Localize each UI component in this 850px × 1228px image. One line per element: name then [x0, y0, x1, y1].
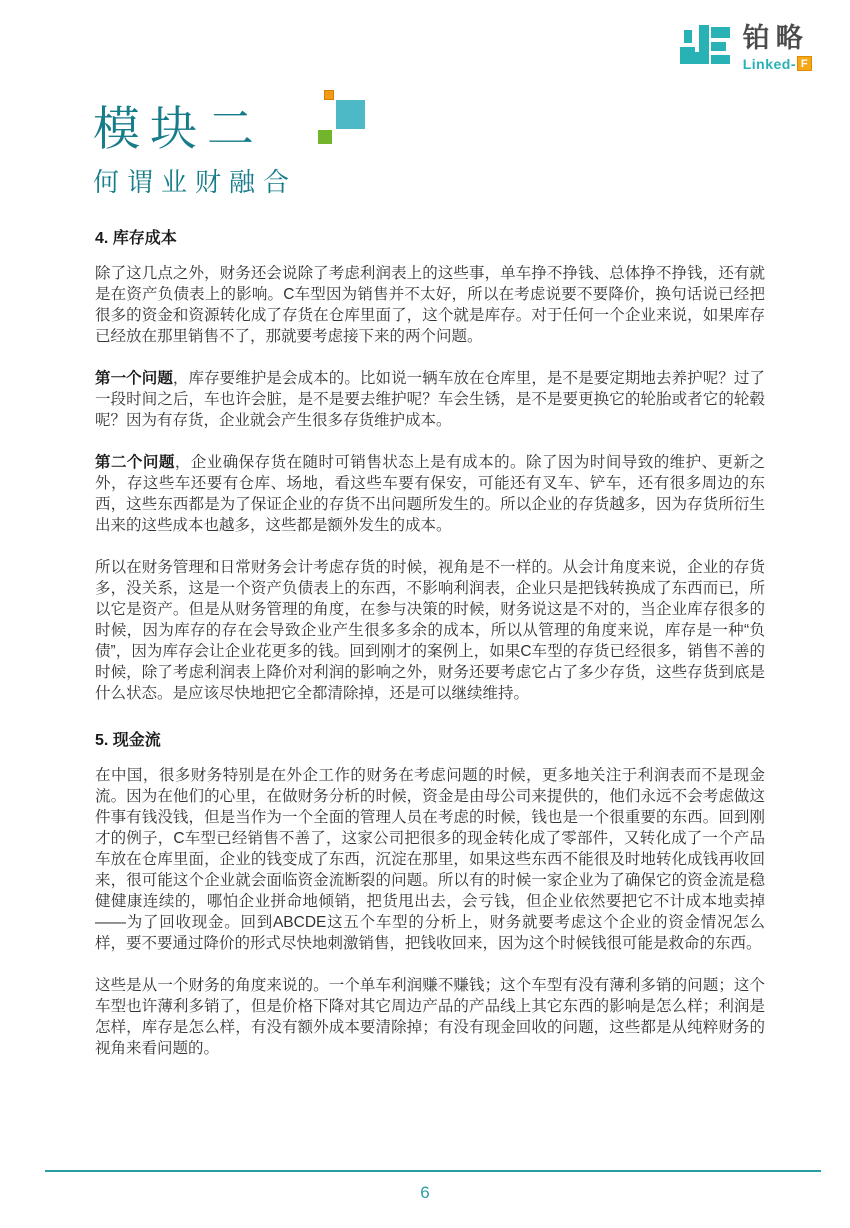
brand-logo: 铂略 Linked- F — [677, 22, 812, 74]
deco-square-orange — [324, 90, 334, 100]
body-paragraph: 除了这几点之外，财务还会说除了考虑利润表上的这些事，单车挣不挣钱、总体挣不挣钱，… — [95, 263, 765, 347]
body-paragraph: 在中国，很多财务特别是在外企工作的财务在考虑问题的时候，更多地关注于利润表而不是… — [95, 765, 765, 954]
footer-divider — [45, 1170, 821, 1172]
body-paragraph: 第一个问题，库存要维护是会成本的。比如说一辆车放在仓库里，是不是要定期地去养护呢… — [95, 368, 765, 431]
deco-square-cyan — [336, 100, 365, 129]
document-body: 4. 库存成本 除了这几点之外，财务还会说除了考虑利润表上的这些事，单车挣不挣钱… — [95, 228, 765, 1080]
paragraph-text: 除了这几点之外，财务还会说除了考虑利润表上的这些事，单车挣不挣钱、总体挣不挣钱，… — [95, 265, 765, 345]
module-title: 模块二 — [93, 92, 264, 159]
brand-f-badge: F — [797, 56, 812, 71]
decorative-squares — [314, 88, 374, 148]
paragraph-text: ，企业确保存货在随时可销售状态上是有成本的。除了因为时间导致的维护、更新之外，存… — [95, 454, 765, 534]
brand-name-cn: 铂略 — [743, 25, 812, 52]
body-paragraph: 这些是从一个财务的角度来说的。一个单车利润赚不赚钱；这个车型有没有薄利多销的问题… — [95, 975, 765, 1059]
paragraph-text: ，库存要维护是会成本的。比如说一辆车放在仓库里，是不是要定期地去养护呢？过了一段… — [95, 370, 765, 429]
page-number: 6 — [0, 1183, 850, 1203]
brand-name-en-text: Linked- — [743, 57, 796, 71]
paragraph-text: 所以在财务管理和日常财务会计考虑存货的时候，视角是不一样的。从会计角度来说，企业… — [95, 559, 765, 702]
brand-logo-text: 铂略 Linked- F — [743, 25, 812, 71]
module-subtitle: 何谓业财融合 — [93, 162, 297, 199]
body-paragraph: 第二个问题，企业确保存货在随时可销售状态上是有成本的。除了因为时间导致的维护、更… — [95, 452, 765, 536]
paragraph-lead: 第一个问题 — [95, 370, 173, 387]
deco-square-green — [318, 130, 332, 144]
paragraph-lead: 第二个问题 — [95, 454, 175, 471]
document-page: 铂略 Linked- F 模块二 何谓业财融合 4. 库存成本 除了这几点之外，… — [0, 0, 850, 1228]
paragraph-text: 在中国，很多财务特别是在外企工作的财务在考虑问题的时候，更多地关注于利润表而不是… — [95, 767, 765, 952]
body-paragraph: 所以在财务管理和日常财务会计考虑存货的时候，视角是不一样的。从会计角度来说，企业… — [95, 557, 765, 704]
section-heading-cash-flow: 5. 现金流 — [95, 730, 765, 751]
brand-name-en: Linked- F — [743, 56, 812, 71]
section-heading-inventory-cost: 4. 库存成本 — [95, 228, 765, 249]
paragraph-text: 这些是从一个财务的角度来说的。一个单车利润赚不赚钱；这个车型有没有薄利多销的问题… — [95, 977, 765, 1057]
linked-f-logo-icon — [677, 22, 733, 74]
